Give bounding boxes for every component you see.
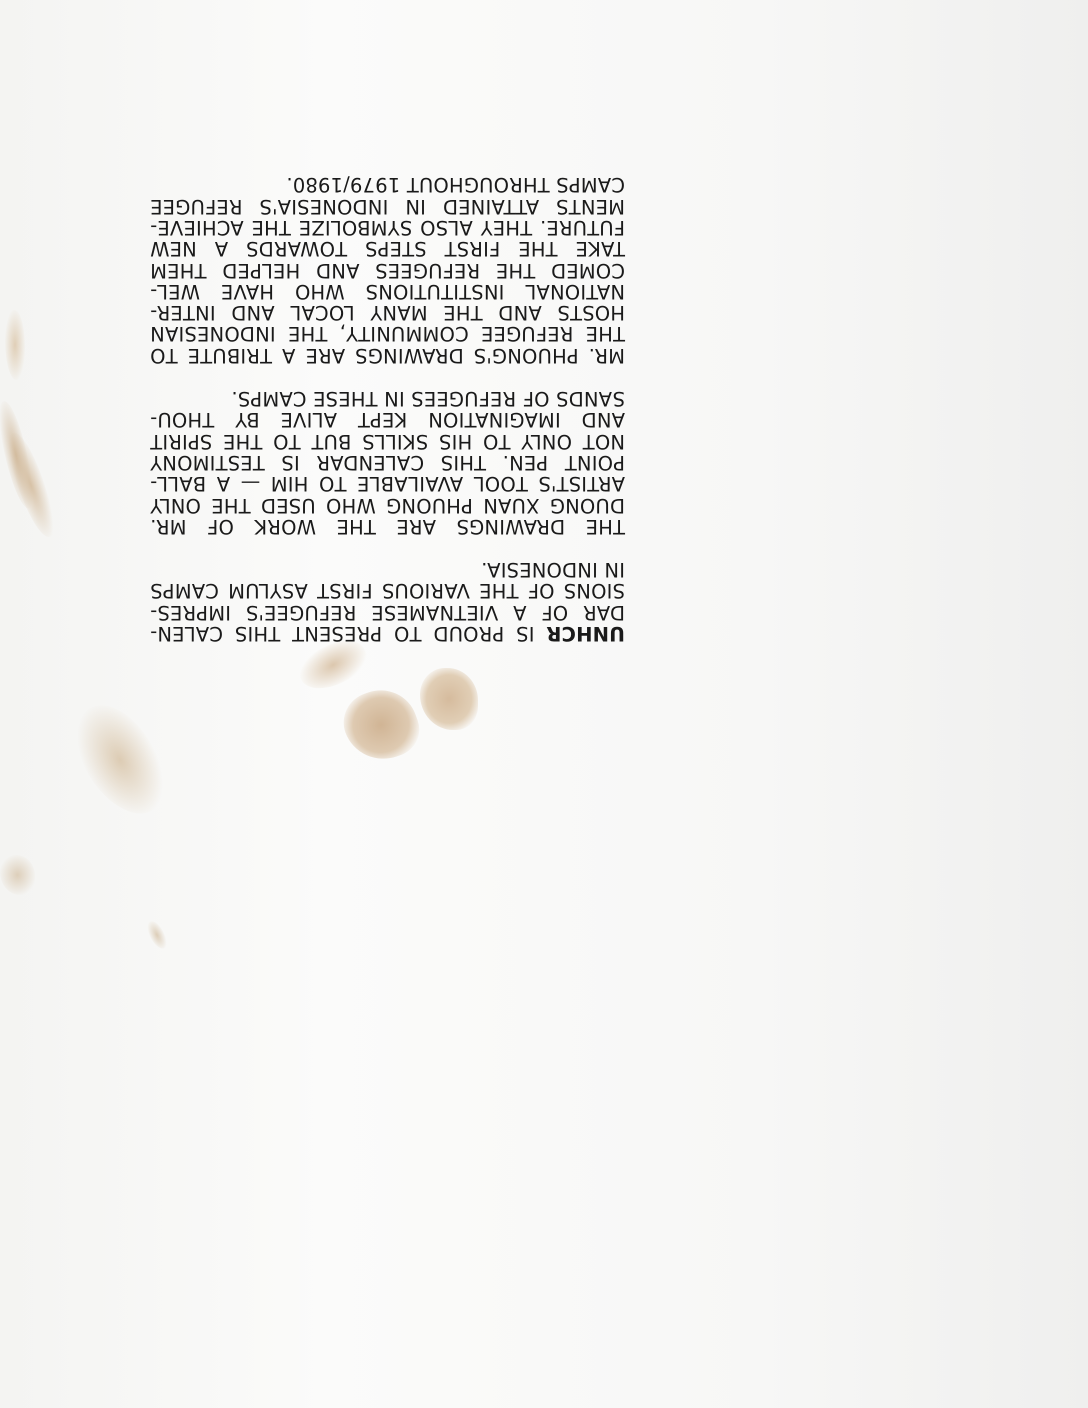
text-line: IN INDONESIA. bbox=[150, 559, 625, 580]
text-line: DAR OF A VIETNAMESE REFUGEE'S IMPRES- bbox=[150, 601, 625, 622]
stain-mark bbox=[0, 855, 35, 895]
text-line: CAMPS THROUGHOUT 1979/1980. bbox=[150, 174, 625, 195]
text-line: DUONG XUAN PHUONG WHO USED THE ONLY bbox=[150, 494, 625, 515]
paragraph-intro: UNHCR IS PROUD TO PRESENT THIS CALEN- DA… bbox=[150, 559, 625, 644]
stain-mark bbox=[420, 668, 478, 730]
text-line: FUTURE. THEY ALSO SYMBOLIZE THE ACHIEVE- bbox=[150, 217, 625, 238]
text-line: AND IMAGINATION KEPT ALIVE BY THOU- bbox=[150, 409, 625, 430]
text-line: SIONS OF THE VARIOUS FIRST ASYLUM CAMPS bbox=[150, 580, 625, 601]
scanned-page: UNHCR IS PROUD TO PRESENT THIS CALEN- DA… bbox=[0, 0, 1088, 1408]
text-line: SANDS OF REFUGEES IN THESE CAMPS. bbox=[150, 388, 625, 409]
text-line: MENTS ATTAINED IN INDONESIA'S REFUGEE bbox=[150, 195, 625, 216]
stain-mark bbox=[2, 429, 61, 542]
text-line: TAKE THE FIRST STEPS TOWARDS A NEW bbox=[150, 238, 625, 259]
stain-mark bbox=[144, 918, 169, 951]
paragraph-tribute: MR. PHUONG'S DRAWINGS ARE A TRIBUTE TO T… bbox=[150, 174, 625, 366]
text-line: MR. PHUONG'S DRAWINGS ARE A TRIBUTE TO bbox=[150, 344, 625, 365]
rotated-text-block: UNHCR IS PROUD TO PRESENT THIS CALEN- DA… bbox=[150, 168, 625, 644]
text-line: THE REFUGEE COMMUNITY, THE INDONESIAN bbox=[150, 323, 625, 344]
text-line: NATIONAL INSTITUTIONS WHO HAVE WEL- bbox=[150, 281, 625, 302]
text-line: UNHCR IS PROUD TO PRESENT THIS CALEN- bbox=[150, 623, 625, 644]
stain-mark bbox=[61, 691, 179, 830]
text-line: COMED THE REFUGEES AND HELPED THEM bbox=[150, 259, 625, 280]
paragraph-artist: THE DRAWINGS ARE THE WORK OF MR. DUONG X… bbox=[150, 388, 625, 537]
text-line: POINT PEN. THIS CALENDAR IS TESTIMONY bbox=[150, 452, 625, 473]
text-line: ARTIST'S TOOL AVAILABLE TO HIM — A BALL- bbox=[150, 473, 625, 494]
unhcr-brand: UNHCR bbox=[546, 622, 625, 645]
text-line: NOT ONLY TO HIS SKILLS BUT TO THE SPIRIT bbox=[150, 430, 625, 451]
stain-mark bbox=[5, 310, 25, 380]
text-line: HOSTS AND THE MANY LOCAL AND INTER- bbox=[150, 302, 625, 323]
stain-mark bbox=[335, 680, 427, 770]
text-line: THE DRAWINGS ARE THE WORK OF MR. bbox=[150, 516, 625, 537]
